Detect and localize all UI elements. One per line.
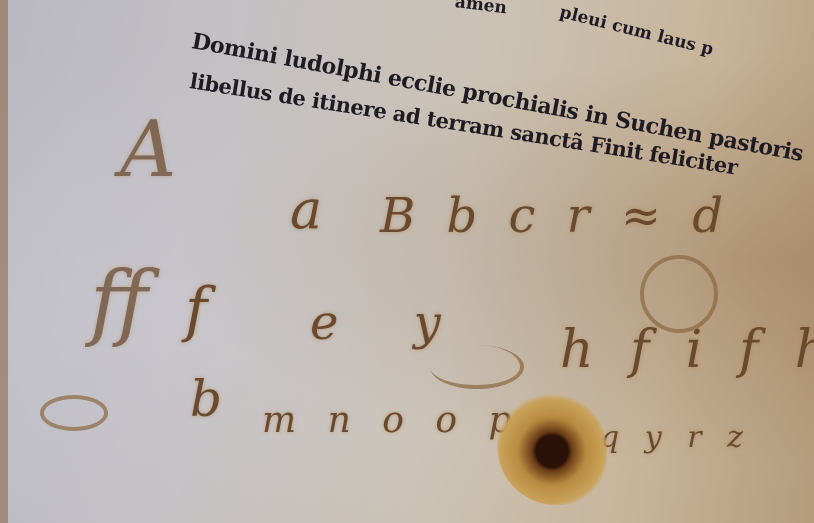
handwritten-row2-right: h f i f h [560, 320, 814, 380]
handwritten-b: b [190, 370, 222, 428]
page-edge [0, 0, 8, 523]
handwritten-a: a [290, 178, 322, 241]
handwritten-row3: m n o o p [262, 400, 522, 441]
handwritten-f: f [185, 275, 207, 345]
handwritten-stroke [430, 345, 524, 389]
handwritten-flourish [40, 395, 108, 431]
handwritten-row3-right: q y r z [600, 420, 751, 455]
handwritten-double-f: ff [90, 255, 148, 350]
handwritten-row2-mid: e y [310, 295, 471, 351]
handwritten-capital-a: A [120, 105, 176, 195]
handwritten-row1: B b c r ≈ d [380, 188, 731, 244]
